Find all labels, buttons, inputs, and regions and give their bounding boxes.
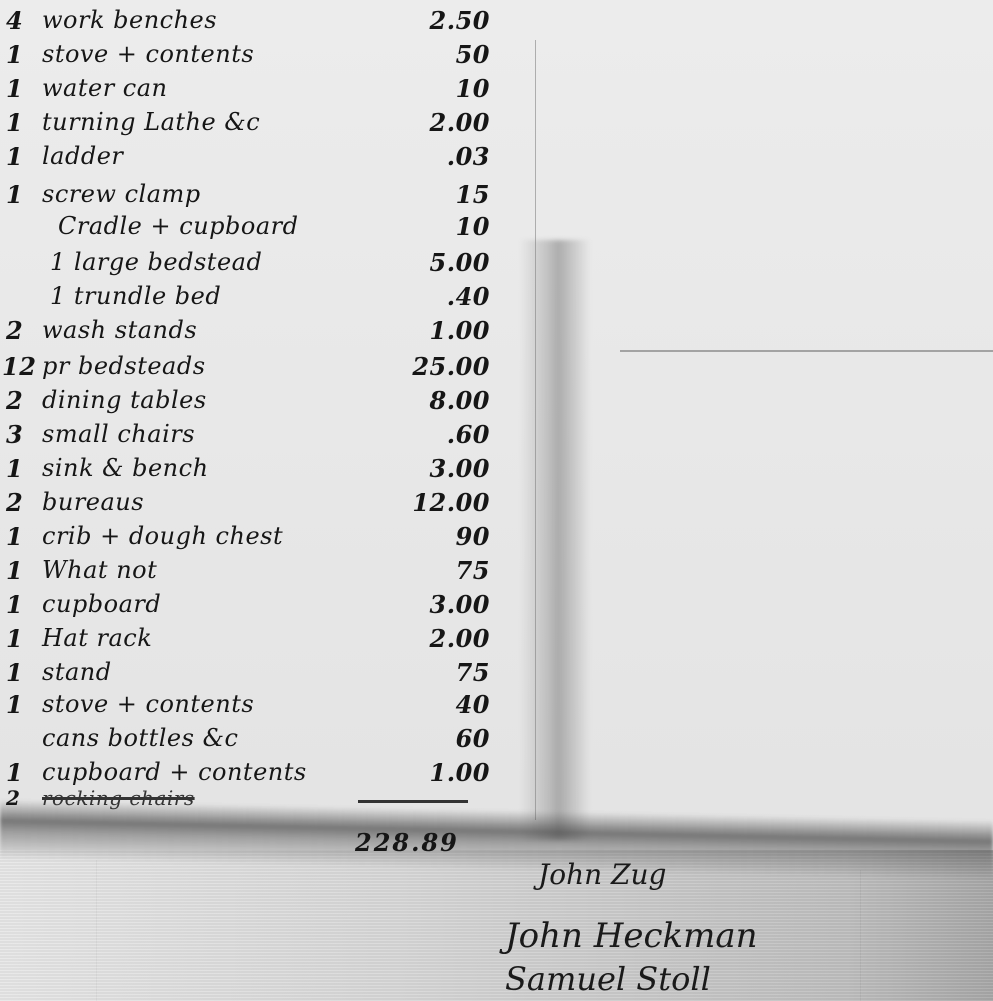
- inventory-row: 1 water can 10: [0, 74, 520, 106]
- item-amount: 60: [456, 724, 490, 753]
- item-amount: 2.50: [430, 6, 490, 35]
- item-quantity: 12: [2, 352, 32, 381]
- item-description: cupboard + contents: [42, 758, 307, 786]
- item-amount: .03: [447, 142, 490, 171]
- item-amount: 12.00: [412, 488, 490, 517]
- sum-underline: [358, 800, 468, 803]
- item-description: stand: [42, 658, 112, 686]
- inventory-row: 1 Hat rack 2.00: [0, 624, 520, 656]
- inventory-row: 1 What not 75: [0, 556, 520, 588]
- inventory-row: 2 dining tables 8.00: [0, 386, 520, 418]
- item-description: ladder: [42, 142, 123, 170]
- inventory-row: 3 small chairs .60: [0, 420, 520, 452]
- item-description: 1 trundle bed: [50, 282, 221, 310]
- item-description: sink & bench: [42, 454, 209, 482]
- inventory-row: 1 ladder .03: [0, 142, 520, 174]
- item-amount: 25.00: [412, 352, 490, 381]
- paper-fold-shadow-vertical: [520, 240, 590, 840]
- item-quantity: 1: [6, 74, 36, 103]
- item-description: 1 large bedstead: [50, 248, 262, 276]
- inventory-row: cans bottles &c 60: [0, 724, 520, 756]
- inventory-row: 1 stand 75: [0, 658, 520, 690]
- item-description: bureaus: [42, 488, 144, 516]
- inventory-row: 12 pr bedsteads 25.00: [0, 352, 520, 384]
- item-description: stove + contents: [42, 40, 254, 68]
- inventory-row: Cradle + cupboard 10: [0, 212, 520, 244]
- item-amount: 2.00: [430, 108, 490, 137]
- ruled-line-vertical: [535, 40, 536, 820]
- inventory-row: 1 trundle bed .40: [0, 282, 520, 314]
- item-description: rocking chairs: [42, 786, 195, 810]
- item-description: stove + contents: [42, 690, 254, 718]
- item-quantity: 2: [6, 786, 36, 810]
- item-quantity: 3: [6, 420, 36, 449]
- item-quantity: 1: [6, 556, 36, 585]
- item-description: cans bottles &c: [42, 724, 238, 752]
- item-quantity: 2: [6, 386, 36, 415]
- item-amount: .60: [447, 420, 490, 449]
- item-quantity: 4: [6, 6, 36, 35]
- inventory-row: 1 screw clamp 15: [0, 180, 520, 212]
- item-description: small chairs: [42, 420, 195, 448]
- item-amount: 75: [456, 658, 490, 687]
- item-quantity: 1: [6, 522, 36, 551]
- item-amount: 10: [456, 74, 490, 103]
- item-quantity: 1: [6, 40, 36, 69]
- signature-3: Samuel Stoll: [505, 960, 711, 998]
- item-description: What not: [42, 556, 157, 584]
- ruled-line-horizontal: [620, 350, 993, 352]
- item-amount: 15: [456, 180, 490, 209]
- item-description: water can: [42, 74, 168, 102]
- item-description: wash stands: [42, 316, 197, 344]
- inventory-total: 228.89: [355, 828, 459, 857]
- item-amount: 5.00: [430, 248, 490, 277]
- item-amount: 1.00: [430, 316, 490, 345]
- item-quantity: 1: [6, 590, 36, 619]
- item-quantity: 1: [6, 142, 36, 171]
- inventory-row: 1 stove + contents 40: [0, 690, 520, 722]
- signature-1: John Zug: [538, 858, 666, 891]
- item-description: dining tables: [42, 386, 207, 414]
- item-amount: 50: [456, 40, 490, 69]
- item-amount: 90: [456, 522, 490, 551]
- item-amount: 8.00: [430, 386, 490, 415]
- scanned-document-page: 4 work benches 2.50 1 stove + contents 5…: [0, 0, 993, 1001]
- item-description: screw clamp: [42, 180, 201, 208]
- item-amount: 40: [456, 690, 490, 719]
- signature-2: John Heckman: [505, 916, 758, 956]
- item-amount: 10: [456, 212, 490, 241]
- inventory-row: 1 crib + dough chest 90: [0, 522, 520, 554]
- item-description: turning Lathe &c: [42, 108, 260, 136]
- inventory-row: 1 cupboard 3.00: [0, 590, 520, 622]
- item-description: crib + dough chest: [42, 522, 283, 550]
- item-amount: .40: [447, 282, 490, 311]
- inventory-row: 1 sink & bench 3.00: [0, 454, 520, 486]
- item-quantity: 1: [6, 624, 36, 653]
- item-amount: 3.00: [430, 454, 490, 483]
- item-amount: 1.00: [430, 758, 490, 787]
- item-description: Cradle + cupboard: [58, 212, 298, 240]
- item-quantity: 2: [6, 316, 36, 345]
- inventory-row: 1 turning Lathe &c 2.00: [0, 108, 520, 140]
- item-quantity: 1: [6, 690, 36, 719]
- item-amount: 2.00: [430, 624, 490, 653]
- item-description: Hat rack: [42, 624, 152, 652]
- item-quantity: 1: [6, 758, 36, 787]
- inventory-row: 4 work benches 2.50: [0, 6, 520, 38]
- item-quantity: 2: [6, 488, 36, 517]
- item-quantity: 1: [6, 658, 36, 687]
- item-amount: 75: [456, 556, 490, 585]
- item-description: pr bedsteads: [42, 352, 206, 380]
- item-description: work benches: [42, 6, 217, 34]
- inventory-row: 1 large bedstead 5.00: [0, 248, 520, 280]
- item-quantity: 1: [6, 108, 36, 137]
- inventory-row: 1 stove + contents 50: [0, 40, 520, 72]
- item-amount: 3.00: [430, 590, 490, 619]
- item-quantity: 1: [6, 454, 36, 483]
- item-description: cupboard: [42, 590, 161, 618]
- inventory-row: 2 bureaus 12.00: [0, 488, 520, 520]
- inventory-row: 2 wash stands 1.00: [0, 316, 520, 348]
- item-quantity: 1: [6, 180, 36, 209]
